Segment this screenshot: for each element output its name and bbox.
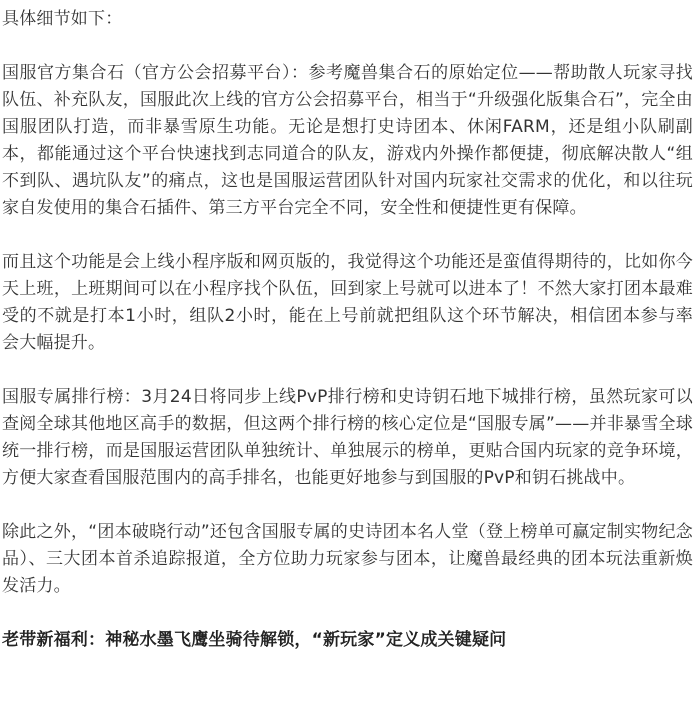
paragraph-official-group-finder: 国服官方集合石（官方公会招募平台）：参考魔兽集合石的原始定位——帮助散人玩家寻找… xyxy=(2,60,693,222)
section-heading-referral-rewards: 老带新福利：神秘水墨飞鹰坐骑待解锁，“新玩家”定义成关键疑问 xyxy=(2,627,693,654)
paragraph-mini-program: 而且这个功能是会上线小程序版和网页版的，我觉得这个功能还是蛮值得期待的，比如你今… xyxy=(2,249,693,357)
paragraph-raid-dawn-event: 除此之外，“团本破晓行动”还包含国服专属的史诗团本名人堂（登上榜单可赢定制实物纪… xyxy=(2,519,693,600)
paragraph-leaderboards: 国服专属排行榜：3月24日将同步上线PvP排行榜和史诗钥石地下城排行榜，虽然玩家… xyxy=(2,384,693,492)
intro-line: 具体细节如下： xyxy=(2,6,693,33)
article-body: 具体细节如下： 国服官方集合石（官方公会招募平台）：参考魔兽集合石的原始定位——… xyxy=(0,0,695,654)
